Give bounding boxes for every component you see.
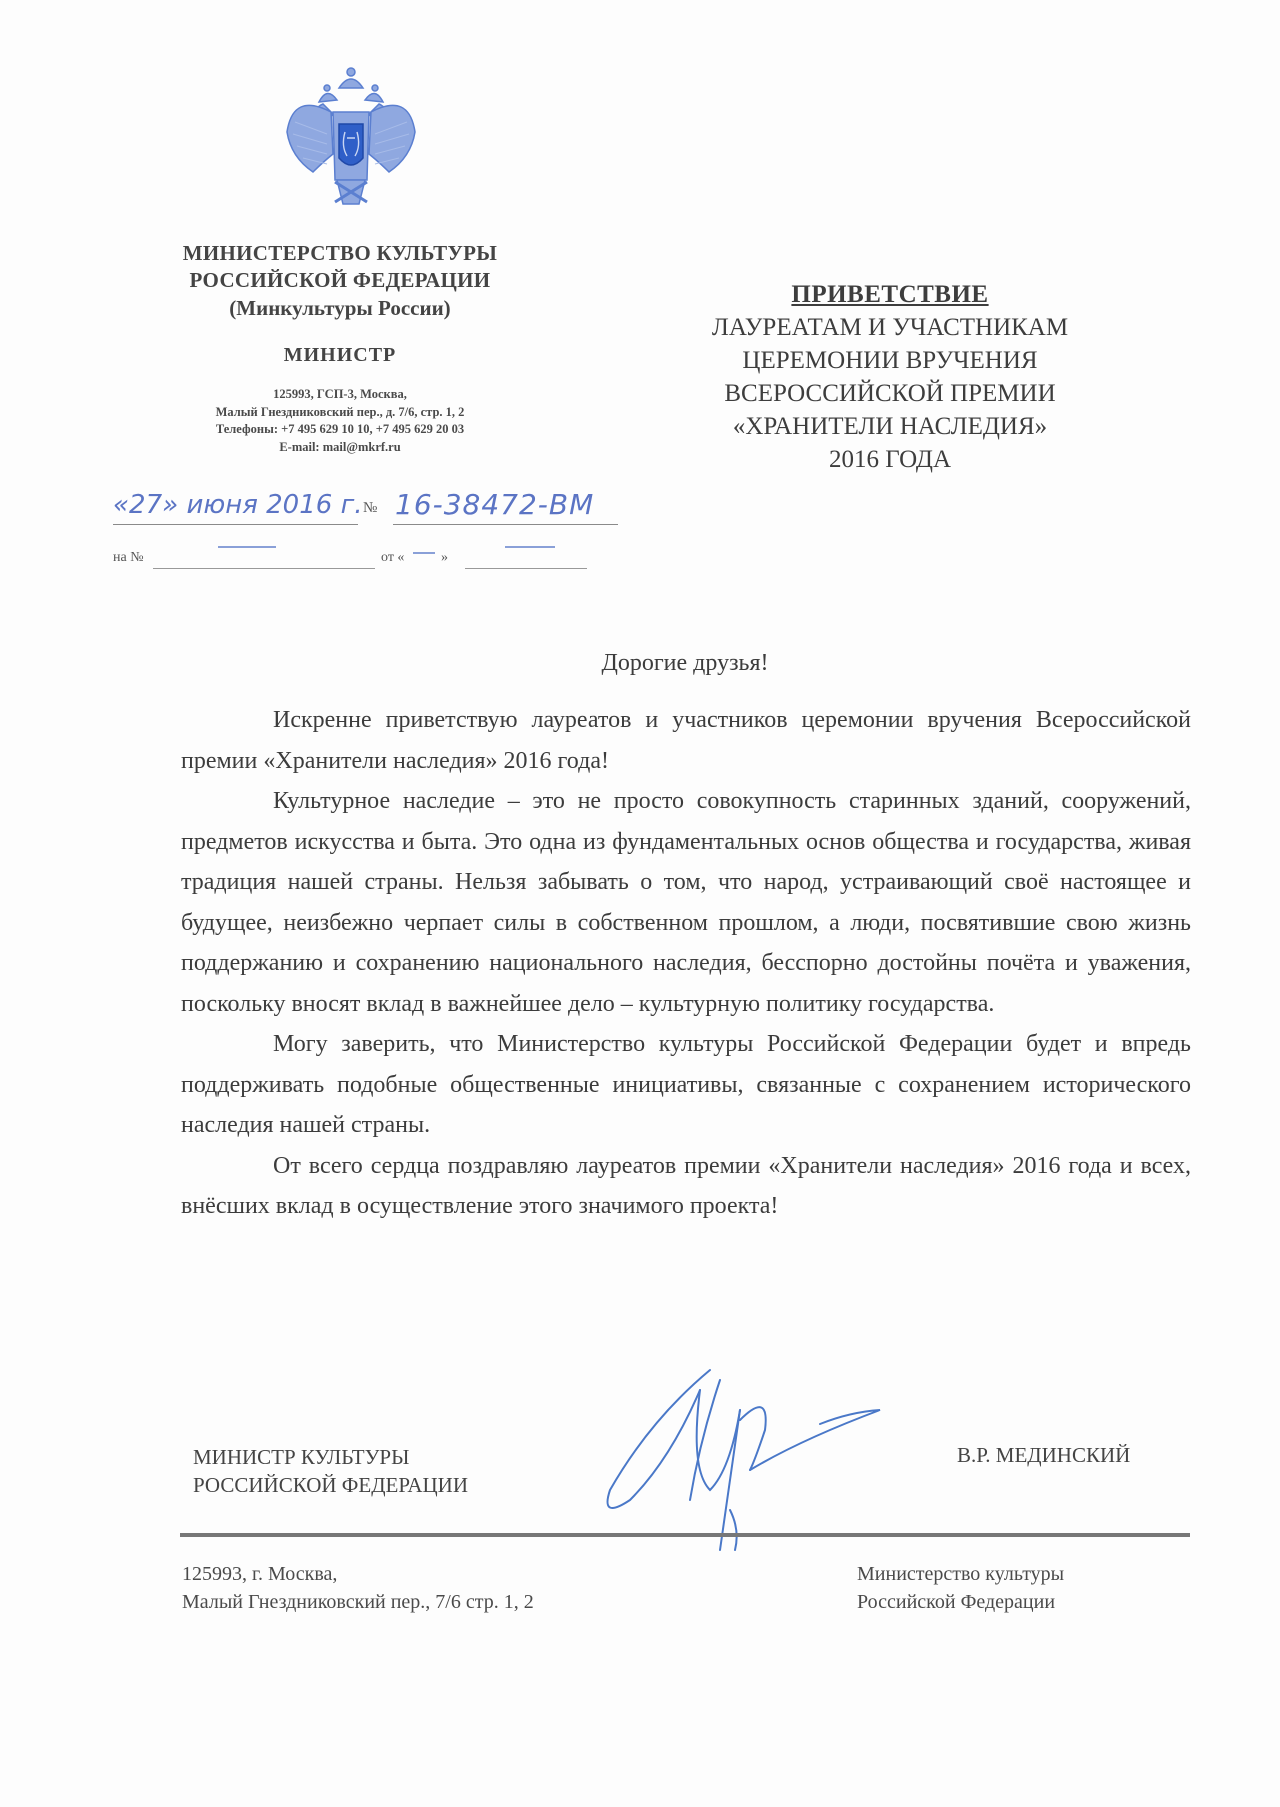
paragraph: Искренне приветствую лауреатов и участни…	[181, 700, 1191, 781]
title-line: ЦЕРЕМОНИИ ВРУЧЕНИЯ	[650, 344, 1130, 377]
date-underline	[113, 524, 358, 525]
org-address: 125993, ГСП-3, Москва, Малый Гнездниковс…	[130, 386, 550, 456]
reference-date-dash	[505, 546, 555, 548]
reference-number-dash	[218, 546, 276, 548]
number-sign: №	[363, 500, 377, 517]
signatory-title: МИНИСТР КУЛЬТУРЫ РОССИЙСКОЙ ФЕДЕРАЦИИ	[193, 1443, 468, 1499]
eagle-emblem-icon	[283, 62, 419, 212]
reference-line: на № от « »	[113, 548, 613, 578]
address-line: 125993, ГСП-3, Москва,	[130, 386, 550, 404]
reference-number-underline	[153, 568, 375, 569]
reference-from-close: »	[441, 550, 448, 566]
footer-address-line: Малый Гнездниковский пер., 7/6 стр. 1, 2	[182, 1588, 534, 1616]
letter-body: Искренне приветствую лауреатов и участни…	[181, 700, 1191, 1227]
title-line: ВСЕРОССИЙСКОЙ ПРЕМИИ	[650, 377, 1130, 410]
phone-line: Телефоны: +7 495 629 10 10, +7 495 629 2…	[130, 421, 550, 439]
footer-org-line: Министерство культуры	[857, 1560, 1064, 1588]
footer-address: 125993, г. Москва, Малый Гнездниковский …	[182, 1560, 534, 1616]
email-line: E-mail: mail@mkrf.ru	[130, 439, 550, 457]
letter-page: МИНИСТЕРСТВО КУЛЬТУРЫ РОССИЙСКОЙ ФЕДЕРАЦ…	[0, 0, 1280, 1807]
reference-day-dash	[413, 552, 435, 554]
reference-date-underline	[465, 568, 587, 569]
reference-from-label: от «	[381, 550, 404, 566]
reference-prefix: на №	[113, 550, 144, 566]
registration-number: 16-38472-ВМ	[395, 488, 594, 521]
title-line: «ХРАНИТЕЛИ НАСЛЕДИЯ»	[650, 410, 1130, 443]
footer-divider	[180, 1533, 1190, 1537]
number-underline	[393, 524, 618, 525]
paragraph: От всего сердца поздравляю лауреатов пре…	[181, 1146, 1191, 1227]
org-name-line-2: РОССИЙСКОЙ ФЕДЕРАЦИИ	[130, 267, 550, 294]
org-role: МИНИСТР	[130, 344, 550, 367]
org-name: МИНИСТЕРСТВО КУЛЬТУРЫ РОССИЙСКОЙ ФЕДЕРАЦ…	[130, 240, 550, 294]
paragraph: Культурное наследие – это не просто сово…	[181, 781, 1191, 1024]
handwritten-signature-icon	[590, 1350, 950, 1560]
registration-line: «27» июня 2016 г. № 16-38472-ВМ	[113, 488, 613, 528]
title-line: 2016 ГОДА	[650, 443, 1130, 476]
footer-org: Министерство культуры Российской Федерац…	[857, 1560, 1064, 1616]
registration-date: «27» июня 2016 г.	[113, 490, 363, 520]
signatory-title-line: РОССИЙСКОЙ ФЕДЕРАЦИИ	[193, 1471, 468, 1499]
title-main: ПРИВЕТСТВИЕ	[650, 278, 1130, 311]
footer-address-line: 125993, г. Москва,	[182, 1560, 534, 1588]
document-title: ПРИВЕТСТВИЕ ЛАУРЕАТАМ И УЧАСТНИКАМ ЦЕРЕМ…	[650, 278, 1130, 476]
salutation: Дорогие друзья!	[170, 650, 1200, 677]
signatory-title-line: МИНИСТР КУЛЬТУРЫ	[193, 1443, 468, 1471]
title-line: ЛАУРЕАТАМ И УЧАСТНИКАМ	[650, 311, 1130, 344]
paragraph: Могу заверить, что Министерство культуры…	[181, 1024, 1191, 1146]
footer-org-line: Российской Федерации	[857, 1588, 1064, 1616]
signatory-name: В.Р. МЕДИНСКИЙ	[957, 1443, 1130, 1468]
org-short-name: (Минкультуры России)	[130, 296, 550, 321]
address-line: Малый Гнездниковский пер., д. 7/6, стр. …	[130, 404, 550, 422]
org-name-line-1: МИНИСТЕРСТВО КУЛЬТУРЫ	[130, 240, 550, 267]
